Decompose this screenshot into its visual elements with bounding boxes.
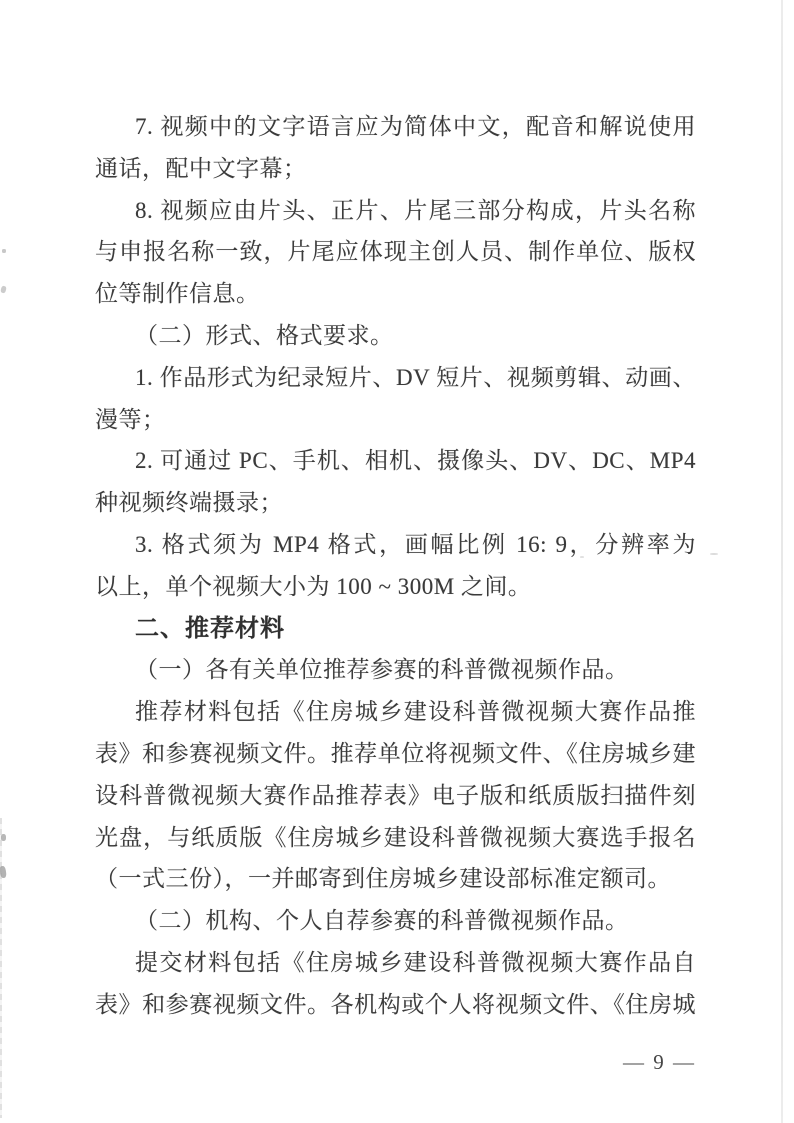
text-line: 种视频终端摄录； [95,482,696,524]
text-line: 表》和参赛视频文件。推荐单位将视频文件、《住房城乡建 [95,733,696,775]
page-number: — 9 — [623,1050,696,1075]
scan-artifact-left-edge [0,818,2,1118]
scan-artifact-speck [2,249,6,253]
text-line: （一）各有关单位推荐参赛的科普微视频作品。 [95,649,696,691]
scan-artifact-right-edge [781,0,783,1123]
document-page: 7. 视频中的文字语言应为简体中文，配音和解说使用普通话，配中文字幕；8. 视频… [0,0,794,1123]
scan-artifact-speck [710,553,718,555]
text-line: 1. 作品形式为纪录短片、DV 短片、视频剪辑、动画、动 [95,357,696,399]
text-line: 与申报名称一致，片尾应体现主创人员、制作单位、版权单 [95,231,696,273]
text-line: 表》和参赛视频文件。各机构或个人将视频文件、《住房城 [95,984,696,1026]
text-line: 提交材料包括《住房城乡建设科普微视频大赛作品自荐 [95,942,696,984]
scan-artifact-speck [0,285,7,293]
text-line: 8. 视频应由片头、正片、片尾三部分构成，片头名称应 [95,190,696,232]
scan-artifact-speck [1,834,6,841]
text-line: （二）形式、格式要求。 [95,315,696,357]
scan-artifact-speck [580,556,584,558]
text-line: 光盘，与纸质版《住房城乡建设科普微视频大赛选手报名表》 [95,817,696,859]
text-line: 以上，单个视频大小为 100 ~ 300M 之间。 [95,566,696,608]
text-line: 推荐材料包括《住房城乡建设科普微视频大赛作品推荐 [95,691,696,733]
text-line: 7. 视频中的文字语言应为简体中文，配音和解说使用普 [95,106,696,148]
text-line: 2. 可通过 PC、手机、相机、摄像头、DV、DC、MP4 等多 [95,440,696,482]
text-line: 通话，配中文字幕； [95,148,696,190]
text-line: 3. 格式须为 MP4 格式，画幅比例 16: 9，分辨率为 1080p [95,524,696,566]
document-body: 7. 视频中的文字语言应为简体中文，配音和解说使用普通话，配中文字幕；8. 视频… [95,106,696,1026]
text-line: （一式三份），一并邮寄到住房城乡建设部标准定额司。 [95,858,696,900]
text-line: 位等制作信息。 [95,273,696,315]
text-line: 设科普微视频大赛作品推荐表》电子版和纸质版扫描件刻录 [95,775,696,817]
section-heading: 二、推荐材料 [95,608,696,650]
text-line: （二）机构、个人自荐参赛的科普微视频作品。 [95,900,696,942]
text-line: 漫等； [95,399,696,441]
scan-artifact-speck [0,866,7,879]
